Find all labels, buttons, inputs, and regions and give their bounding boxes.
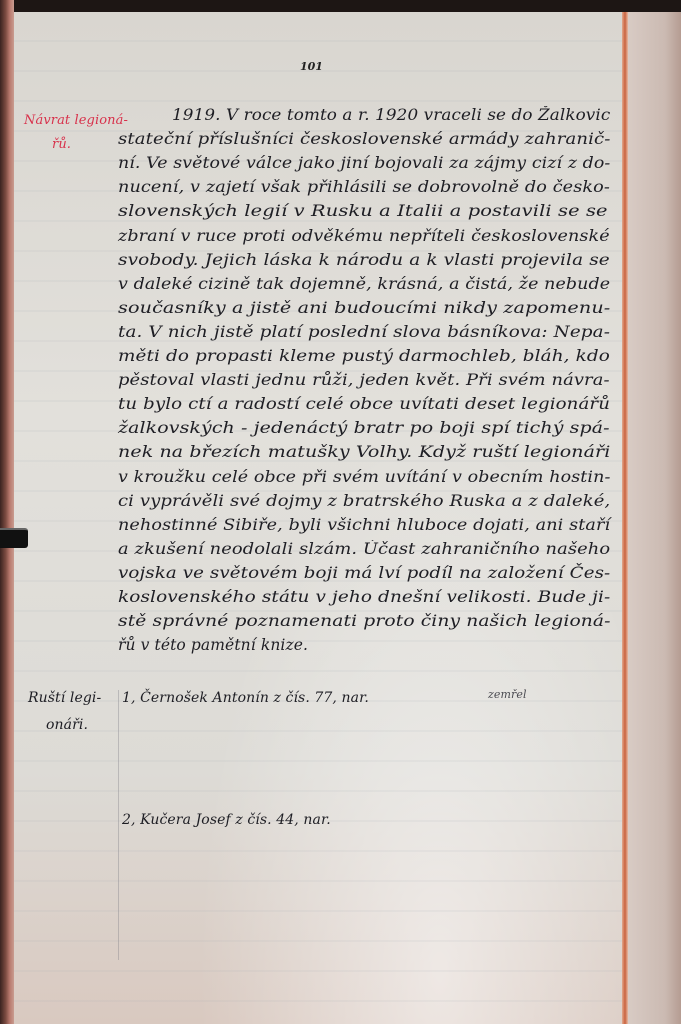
legionnaire-entry-1: 1, Černošek Antonín z čís. 77, nar. [122, 690, 369, 706]
text-line: pěstoval vlasti jednu růži, jeden květ. … [118, 371, 610, 389]
text-line: nehostinné Sibiře, byli všichni hluboce … [118, 516, 610, 534]
page-number: 101 [300, 60, 323, 73]
pencil-note-deceased: zemřel [488, 688, 527, 701]
text-line: v kroužku celé obce při svém uvítání v o… [118, 468, 610, 486]
text-line: nucení, v zajetí však přihlásili se dobr… [118, 178, 610, 196]
text-line: tu bylo ctí a radostí celé obce uvítati … [118, 395, 610, 413]
text-line: slovenských legií v Rusku a Italii a pos… [118, 202, 608, 220]
text-line: zbraní v ruce proti odvěkému nepříteli č… [118, 227, 610, 245]
text-line: v daleké cizině tak dojemně, krásná, a č… [118, 275, 610, 293]
scanner-top-edge [0, 0, 681, 12]
text-line: řů v této pamětní knize. [118, 636, 308, 654]
text-line: koslovenského státu v jeho dnešní veliko… [118, 588, 610, 606]
margin-rule-line [118, 690, 119, 960]
page-clip [0, 528, 28, 548]
text-line: současníky a jistě ani budoucími nikdy z… [118, 299, 610, 317]
margin-note-return-line-2: řů. [52, 137, 71, 152]
text-line: 1919. V roce tomto a r. 1920 vraceli se … [172, 106, 610, 124]
legionnaire-entry-2: 2, Kučera Josef z čís. 44, nar. [122, 812, 331, 828]
text-line: ta. V nich jistě platí poslední slova bá… [118, 323, 610, 341]
text-line: nek na březích matušky Volhy. Když ruští… [118, 443, 610, 461]
book-left-edge [0, 0, 14, 1024]
text-line: měti do propasti kleme pustý darmochleb,… [118, 347, 610, 365]
text-line: svobody. Jejich láska k národu a k vlast… [118, 251, 610, 269]
text-line: stateční příslušníci československé armá… [118, 130, 611, 148]
margin-note-russian-legion-line-2: onáři. [46, 717, 88, 733]
text-line: žalkovských - jedenáctý bratr po boji sp… [118, 419, 610, 437]
text-line: ci vyprávěli své dojmy z bratrského Rusk… [118, 492, 610, 510]
margin-note-russian-legion-line-1: Ruští legi- [28, 690, 101, 706]
text-line: stě správné poznamenati proto činy našic… [118, 612, 611, 630]
adjacent-page [628, 12, 681, 1024]
text-line: a zkušení neodolali slzám. Účast zahrani… [118, 540, 610, 558]
margin-note-return-line-1: Návrat legioná- [24, 113, 128, 128]
text-line: vojska ve světovém boji má lví podíl na … [118, 564, 610, 582]
text-line: ní. Ve světové válce jako jiní bojovali … [118, 154, 610, 172]
